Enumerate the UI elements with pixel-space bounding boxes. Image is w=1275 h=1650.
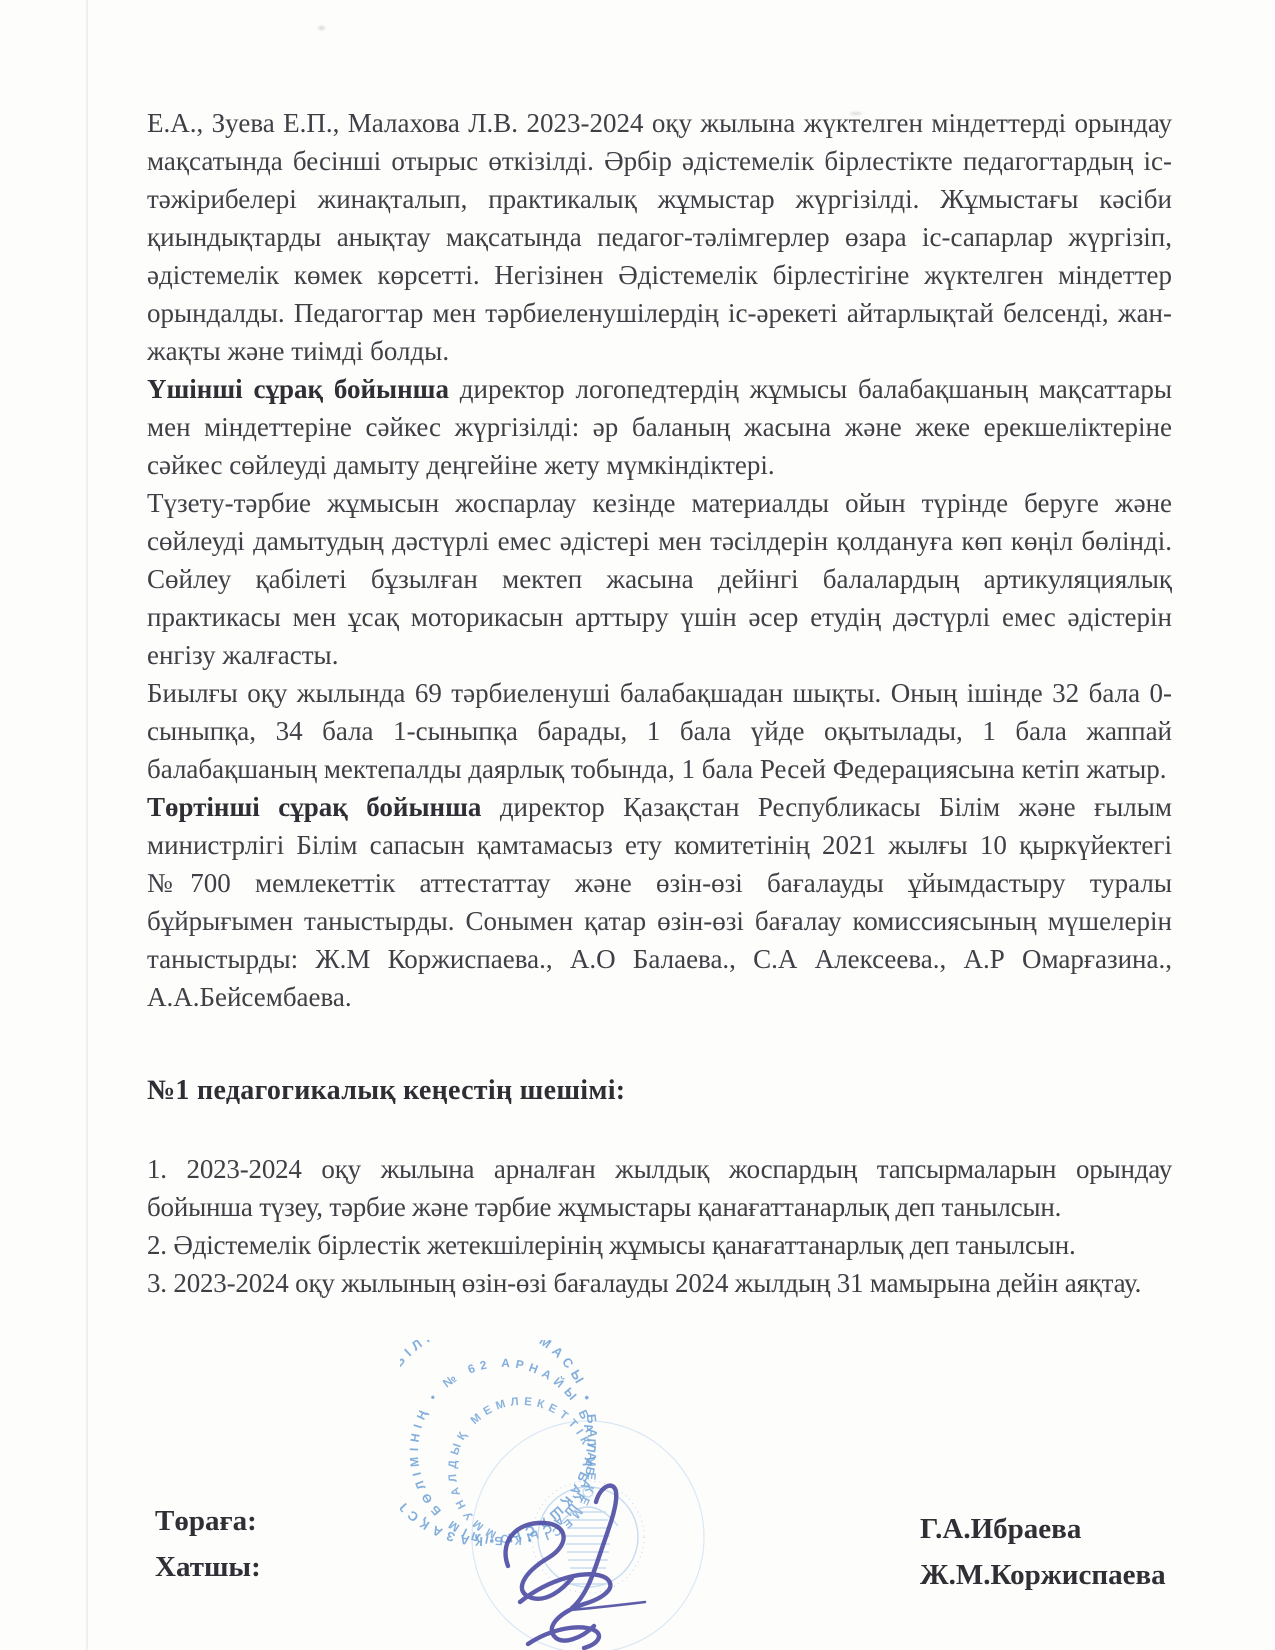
paragraph: Е.А., Зуева Е.П., Малахова Л.В. 2023-202… [147,104,1172,370]
decision-heading: №1 педагогикалық кеңестің шешімі: [147,1072,1172,1110]
paragraph: Түзету-тәрбие жұмысын жоспарлау кезінде … [147,484,1172,674]
scan-smudge [318,26,325,30]
secretary-label: Хатшы: [155,1544,261,1590]
decision-item: 3. 2023-2024 оқу жылының өзін-өзі бағала… [147,1264,1172,1302]
signature-names: Г.А.Ибраева Ж.М.Коржиспаева [920,1506,1166,1598]
stamp-svg: ҚАЗАҚСТАН ОБЛЫСЫ БІЛІМ БАСҚАРМАСЫ • БАЛА… [400,1340,820,1650]
scan-edge-artifact [86,0,88,1650]
chair-label: Төраға: [155,1498,261,1544]
paragraph-text: директор Қазақстан Республикасы Білім жә… [147,792,1172,1012]
paragraph: Биылғы оқу жылында 69 тәрбиеленуші балаб… [147,674,1172,788]
document-page: Е.А., Зуева Е.П., Малахова Л.В. 2023-202… [0,0,1275,1650]
signature-labels: Төраға: Хатшы: [155,1498,261,1590]
stamp-ring-inner-text: КОММУНАЛДЫҚ МЕМЛЕКЕТТІК МЕКЕМЕСІ • [447,1396,597,1546]
paragraph-text: Биылғы оқу жылында 69 тәрбиеленуші балаб… [147,678,1172,784]
chair-name: Г.А.Ибраева [920,1506,1166,1552]
document-body: Е.А., Зуева Е.П., Малахова Л.В. 2023-202… [147,104,1172,1302]
paragraph: Үшінші сұрақ бойынша директор логопедтер… [147,370,1172,484]
paragraph-text: Е.А., Зуева Е.П., Малахова Л.В. 2023-202… [147,108,1172,366]
paragraph: Төртінші сұрақ бойынша директор Қазақста… [147,788,1172,1016]
secretary-name: Ж.М.Коржиспаева [920,1552,1166,1598]
paragraph-lead: Үшінші сұрақ бойынша [147,374,449,404]
decision-item: 2. Әдістемелік бірлестік жетекшілерінің … [147,1226,1172,1264]
paragraph-text: Түзету-тәрбие жұмысын жоспарлау кезінде … [147,488,1172,670]
paragraph-lead: Төртінші сұрақ бойынша [147,792,481,822]
stamp-ring-middle-text: БІЛІМ БӨЛІМІНІҢ • № 62 АРНАЙЫ БАЛАБАҚШАС… [407,1356,599,1548]
decision-item: 1. 2023-2024 оқу жылына арналған жылдық … [147,1150,1172,1226]
official-stamp: ҚАЗАҚСТАН ОБЛЫСЫ БІЛІМ БАСҚАРМАСЫ • БАЛА… [400,1340,820,1650]
